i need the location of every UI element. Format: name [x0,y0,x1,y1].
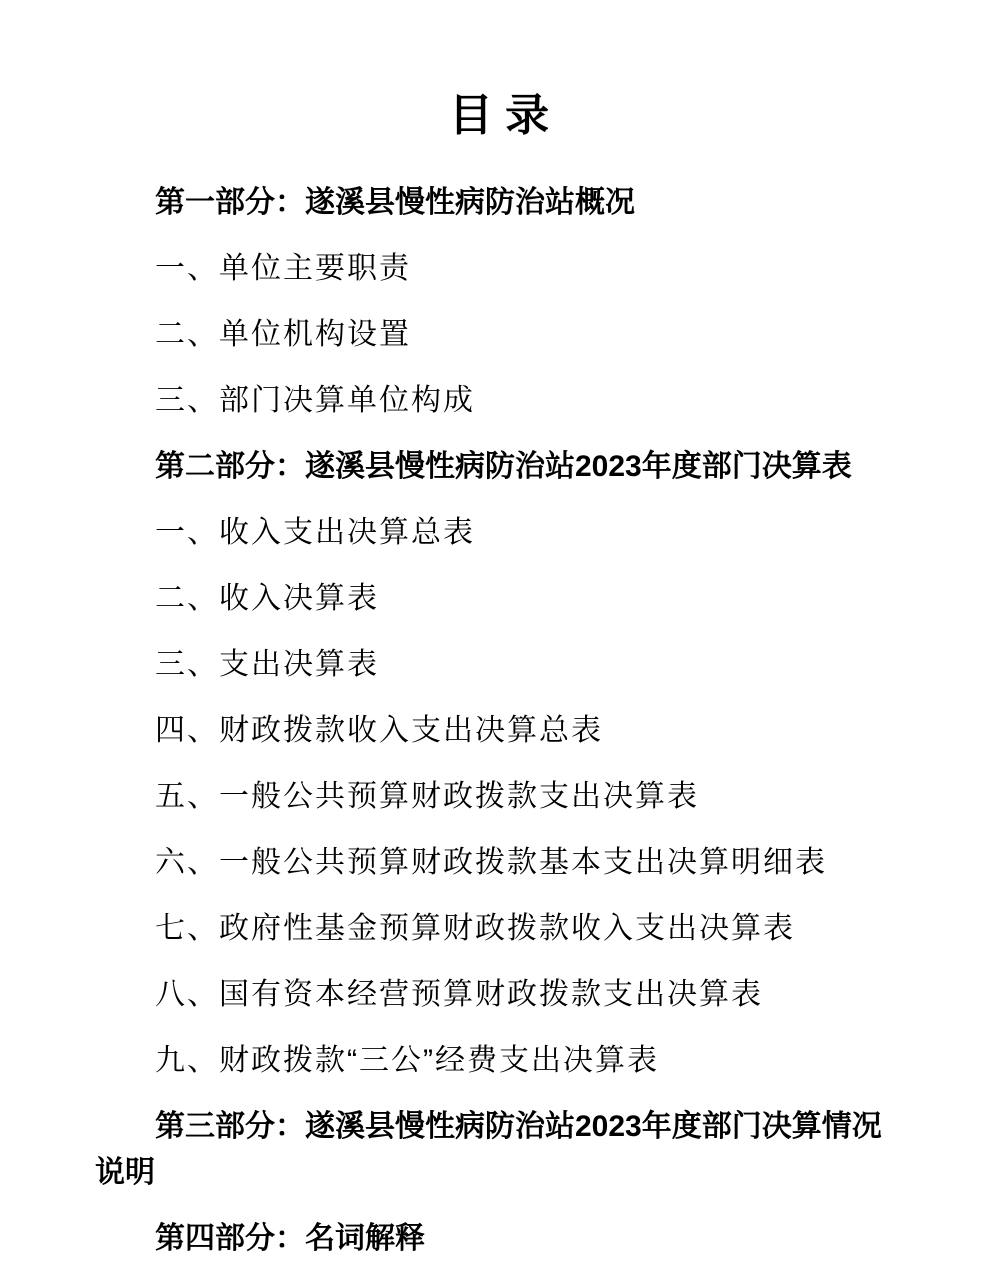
toc-item: 四、财政拨款收入支出决算总表 [95,708,903,754]
toc-section-heading-part4: 第四部分：名词解释 [95,1216,903,1262]
toc-item: 九、财政拨款“三公”经费支出决算表 [95,1038,903,1084]
document-page: 目 录 第一部分：遂溪县慢性病防治站概况 一、单位主要职责 二、单位机构设置 三… [0,0,991,1287]
toc-item: 一、收入支出决算总表 [95,510,903,556]
page-title: 目 录 [95,90,903,142]
toc-item: 六、一般公共预算财政拨款基本支出决算明细表 [95,840,903,886]
toc-item: 二、单位机构设置 [95,312,903,358]
toc-item: 一、单位主要职责 [95,246,903,292]
toc-content: 目 录 第一部分：遂溪县慢性病防治站概况 一、单位主要职责 二、单位机构设置 三… [95,90,903,1262]
toc-item: 七、政府性基金预算财政拨款收入支出决算表 [95,906,903,952]
toc-section-heading-part2: 第二部分：遂溪县慢性病防治站2023年度部门决算表 [95,444,903,490]
toc-item: 三、支出决算表 [95,642,903,688]
toc-section-heading-part1: 第一部分：遂溪县慢性病防治站概况 [95,180,903,226]
toc-item: 八、国有资本经营预算财政拨款支出决算表 [95,972,903,1018]
toc-section-heading-part3: 第三部分：遂溪县慢性病防治站2023年度部门决算情况说明 [95,1104,903,1196]
toc-item: 三、部门决算单位构成 [95,378,903,424]
toc-item: 二、收入决算表 [95,576,903,622]
toc-item: 五、一般公共预算财政拨款支出决算表 [95,774,903,820]
